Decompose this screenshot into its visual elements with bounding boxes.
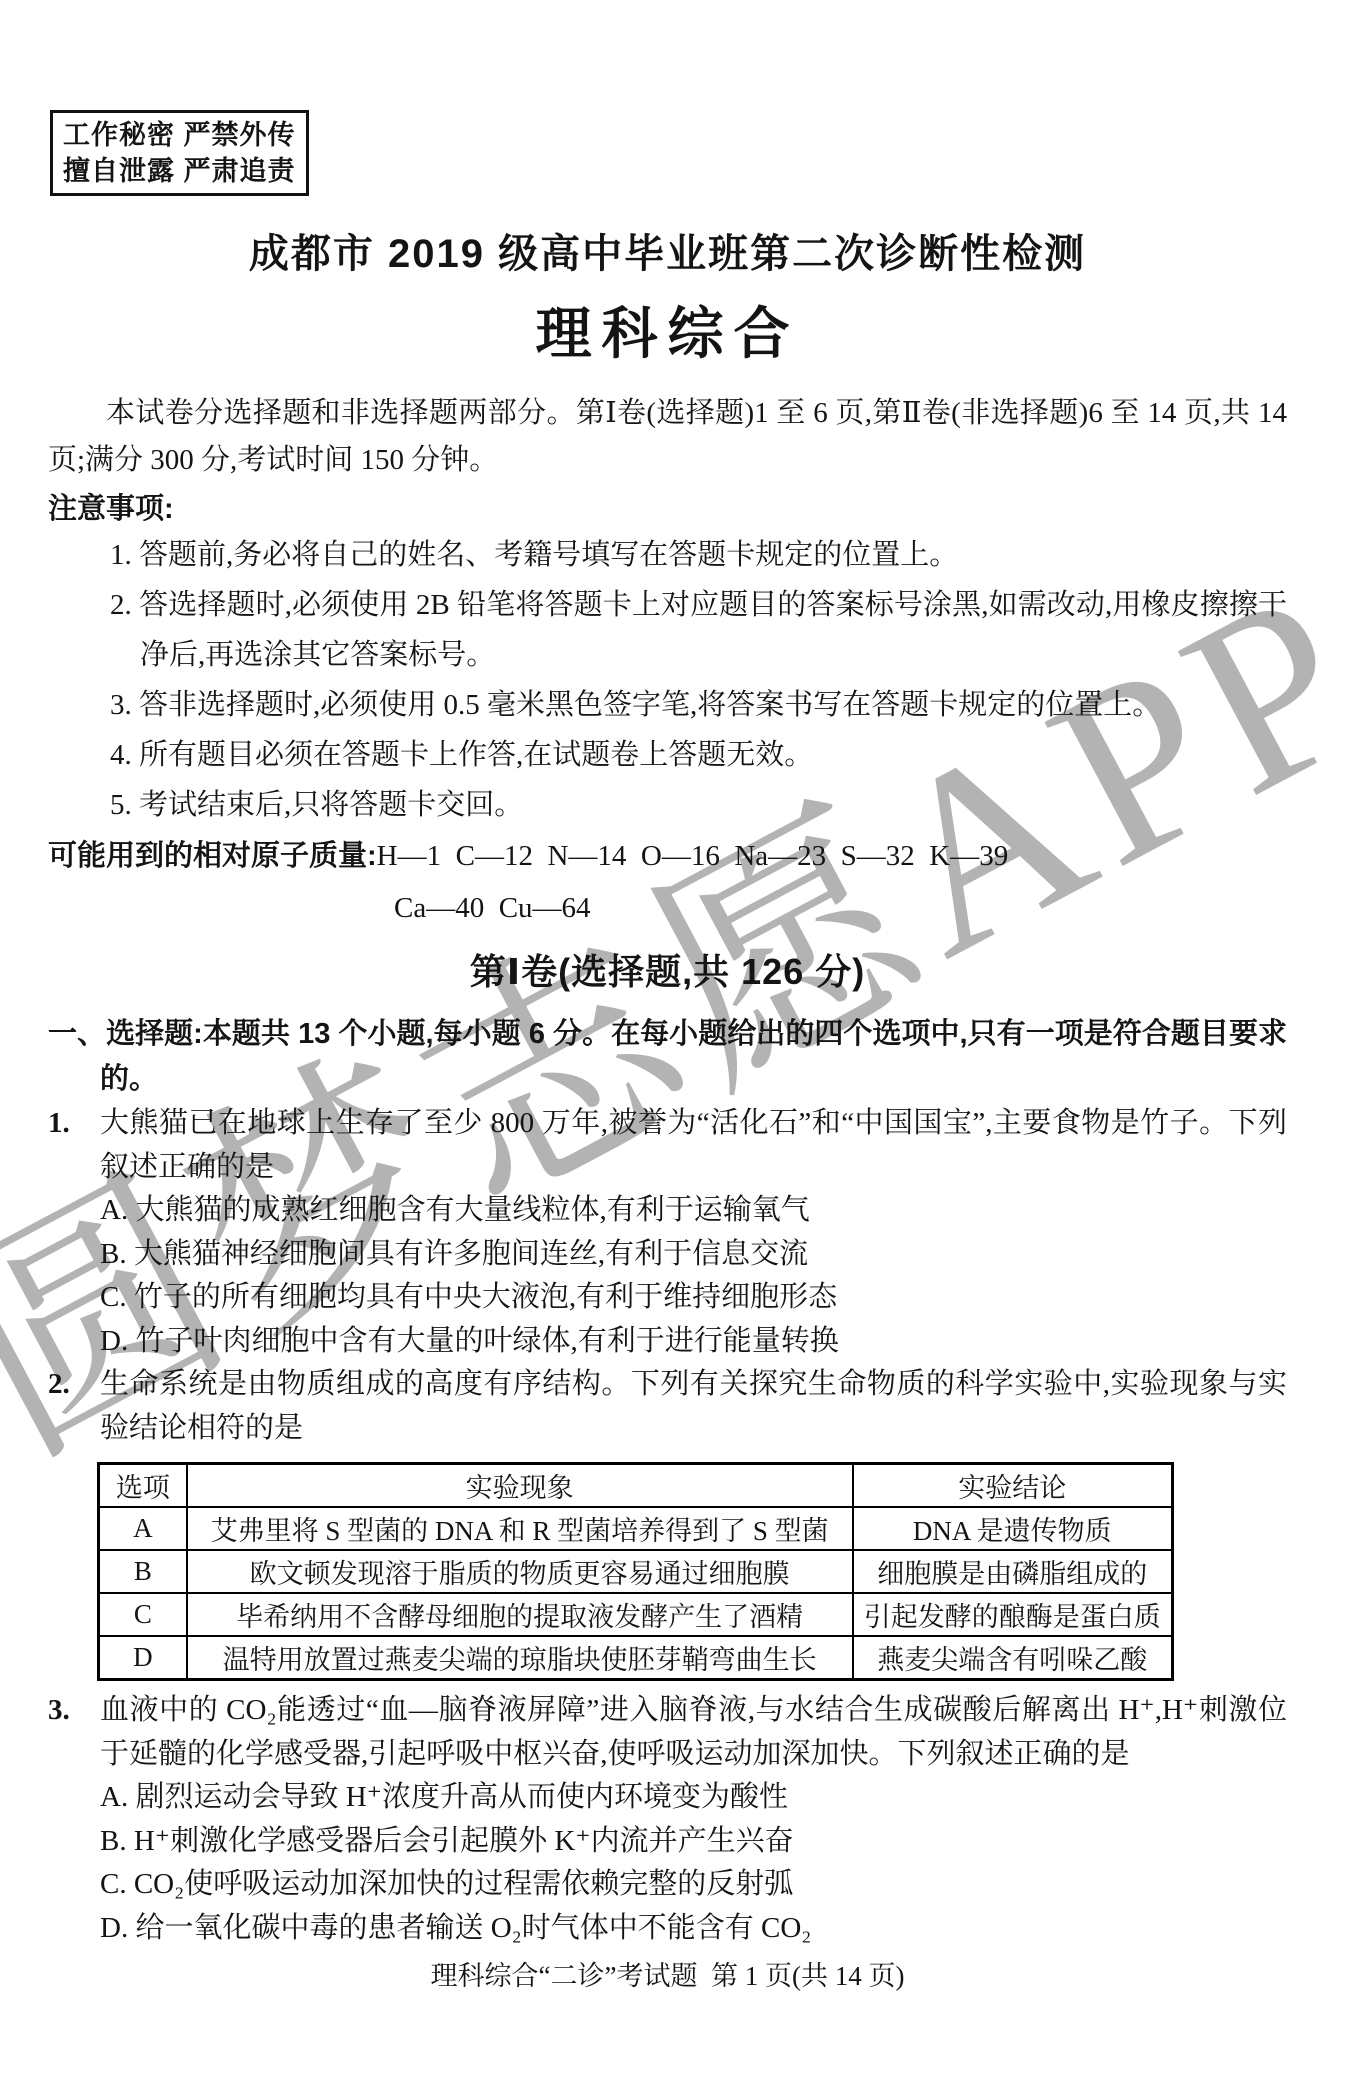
notice-item: 2. 答选择题时,必须使用 2B 铅笔将答题卡上对应题目的答案标号涂黑,如需改动… (140, 580, 1287, 680)
option-c: C. CO₂使呼吸运动加深加快的过程需依赖完整的反射弧 (100, 1863, 1287, 1907)
multiple-choice-instruction: 一、选择题:本题共 13 个小题,每小题 6 分。在每小题给出的四个选项中,只有… (48, 1012, 1287, 1102)
option-c: C. 竹子的所有细胞均具有中央大液泡,有利于维持细胞形态 (100, 1276, 1287, 1320)
option-b: B. 大熊猫神经细胞间具有许多胞间连丝,有利于信息交流 (100, 1233, 1287, 1277)
section-1-title: 第Ⅰ卷(选择题,共 126 分) (48, 946, 1287, 998)
table-row: C 毕希纳用不含酵母细胞的提取液发酵产生了酒精 引起发酵的酿酶是蛋白质 (99, 1593, 1173, 1636)
atomic-mass-line: 可能用到的相对原子质量:H—1 C—12 N—14 O—16 Na—23 S—3… (48, 830, 1287, 882)
exam-paper-page: 圆梦志愿APP 工作秘密 严禁外传 擅自泄露 严肃追责 成都市 2019 级高中… (0, 0, 1359, 2082)
table-cell: 艾弗里将 S 型菌的 DNA 和 R 型菌培养得到了 S 型菌 (187, 1507, 853, 1550)
question-1: 1. 大熊猫已在地球上生存了至少 800 万年,被誉为“活化石”和“中国国宝”,… (48, 1102, 1287, 1363)
option-a: A. 剧烈运动会导致 H⁺浓度升高从而使内环境变为酸性 (100, 1776, 1287, 1820)
option-list: A. 剧烈运动会导致 H⁺浓度升高从而使内环境变为酸性 B. H⁺刺激化学感受器… (100, 1776, 1287, 1950)
table-cell: D (99, 1636, 187, 1680)
table-row: D 温特用放置过燕麦尖端的琼脂块使胚芽鞘弯曲生长 燕麦尖端含有吲哚乙酸 (99, 1636, 1173, 1680)
notice-list: 1. 答题前,务必将自己的姓名、考籍号填写在答题卡规定的位置上。 2. 答选择题… (48, 530, 1287, 830)
notice-item: 4. 所有题目必须在答题卡上作答,在试题卷上答题无效。 (140, 730, 1287, 780)
option-list: A. 大熊猫的成熟红细胞含有大量线粒体,有利于运输氧气 B. 大熊猫神经细胞间具… (100, 1189, 1287, 1363)
page-content: 成都市 2019 级高中毕业班第二次诊断性检测 理科综合 本试卷分选择题和非选择… (0, 0, 1359, 1996)
atomic-mass-line-2: Ca—40 Cu—64 (394, 882, 1287, 934)
table-row: A 艾弗里将 S 型菌的 DNA 和 R 型菌培养得到了 S 型菌 DNA 是遗… (99, 1507, 1173, 1550)
notice-title: 注意事项: (48, 488, 1287, 530)
table-cell: 毕希纳用不含酵母细胞的提取液发酵产生了酒精 (187, 1593, 853, 1636)
table-row: B 欧文顿发现溶于脂质的物质更容易通过细胞膜 细胞膜是由磷脂组成的 (99, 1550, 1173, 1593)
notice-item: 5. 考试结束后,只将答题卡交回。 (140, 780, 1287, 830)
atomic-mass-values: H—1 C—12 N—14 O—16 Na—23 S—32 K—39 (377, 840, 1009, 872)
question-number: 1. (48, 1102, 70, 1146)
table-cell: A (99, 1507, 187, 1550)
question-number: 3. (48, 1689, 70, 1733)
exam-intro-paragraph: 本试卷分选择题和非选择题两部分。第Ⅰ卷(选择题)1 至 6 页,第Ⅱ卷(非选择题… (48, 390, 1287, 484)
table-cell: 细胞膜是由磷脂组成的 (853, 1550, 1173, 1593)
table-header-phenomenon: 实验现象 (187, 1464, 853, 1508)
table-header-option: 选项 (99, 1464, 187, 1508)
option-d: D. 竹子叶肉细胞中含有大量的叶绿体,有利于进行能量转换 (100, 1320, 1287, 1364)
option-a: A. 大熊猫的成熟红细胞含有大量线粒体,有利于运输氧气 (100, 1189, 1287, 1233)
notice-item: 3. 答非选择题时,必须使用 0.5 毫米黑色签字笔,将答案书写在答题卡规定的位… (140, 680, 1287, 730)
option-b: B. H⁺刺激化学感受器后会引起膜外 K⁺内流并产生兴奋 (100, 1820, 1287, 1864)
table-cell: 引起发酵的酿酶是蛋白质 (853, 1593, 1173, 1636)
table-cell: 温特用放置过燕麦尖端的琼脂块使胚芽鞘弯曲生长 (187, 1636, 853, 1680)
question-stem: 生命系统是由物质组成的高度有序结构。下列有关探究生命物质的科学实验中,实验现象与… (100, 1363, 1287, 1450)
question-stem: 大熊猫已在地球上生存了至少 800 万年,被誉为“活化石”和“中国国宝”,主要食… (100, 1102, 1287, 1189)
question-stem: 血液中的 CO₂能透过“血—脑脊液屏障”进入脑脊液,与水结合生成碳酸后解离出 H… (100, 1689, 1287, 1776)
question-2: 2. 生命系统是由物质组成的高度有序结构。下列有关探究生命物质的科学实验中,实验… (48, 1363, 1287, 1450)
exam-title: 成都市 2019 级高中毕业班第二次诊断性检测 (48, 0, 1287, 276)
table-header-row: 选项 实验现象 实验结论 (99, 1464, 1173, 1508)
table-cell: DNA 是遗传物质 (853, 1507, 1173, 1550)
subject-title: 理科综合 (48, 302, 1287, 366)
question-3: 3. 血液中的 CO₂能透过“血—脑脊液屏障”进入脑脊液,与水结合生成碳酸后解离… (48, 1689, 1287, 1950)
table-cell: 燕麦尖端含有吲哚乙酸 (853, 1636, 1173, 1680)
atomic-mass-label: 可能用到的相对原子质量: (48, 840, 377, 872)
experiment-table: 选项 实验现象 实验结论 A 艾弗里将 S 型菌的 DNA 和 R 型菌培养得到… (97, 1462, 1174, 1681)
notice-item: 1. 答题前,务必将自己的姓名、考籍号填写在答题卡规定的位置上。 (140, 530, 1287, 580)
option-d: D. 给一氧化碳中毒的患者输送 O₂时气体中不能含有 CO₂ (100, 1907, 1287, 1951)
table-cell: 欧文顿发现溶于脂质的物质更容易通过细胞膜 (187, 1550, 853, 1593)
page-footer: 理科综合“二诊”考试题 第 1 页(共 14 页) (48, 1956, 1287, 1996)
table-cell: C (99, 1593, 187, 1636)
question-number: 2. (48, 1363, 70, 1407)
table-cell: B (99, 1550, 187, 1593)
table-header-conclusion: 实验结论 (853, 1464, 1173, 1508)
